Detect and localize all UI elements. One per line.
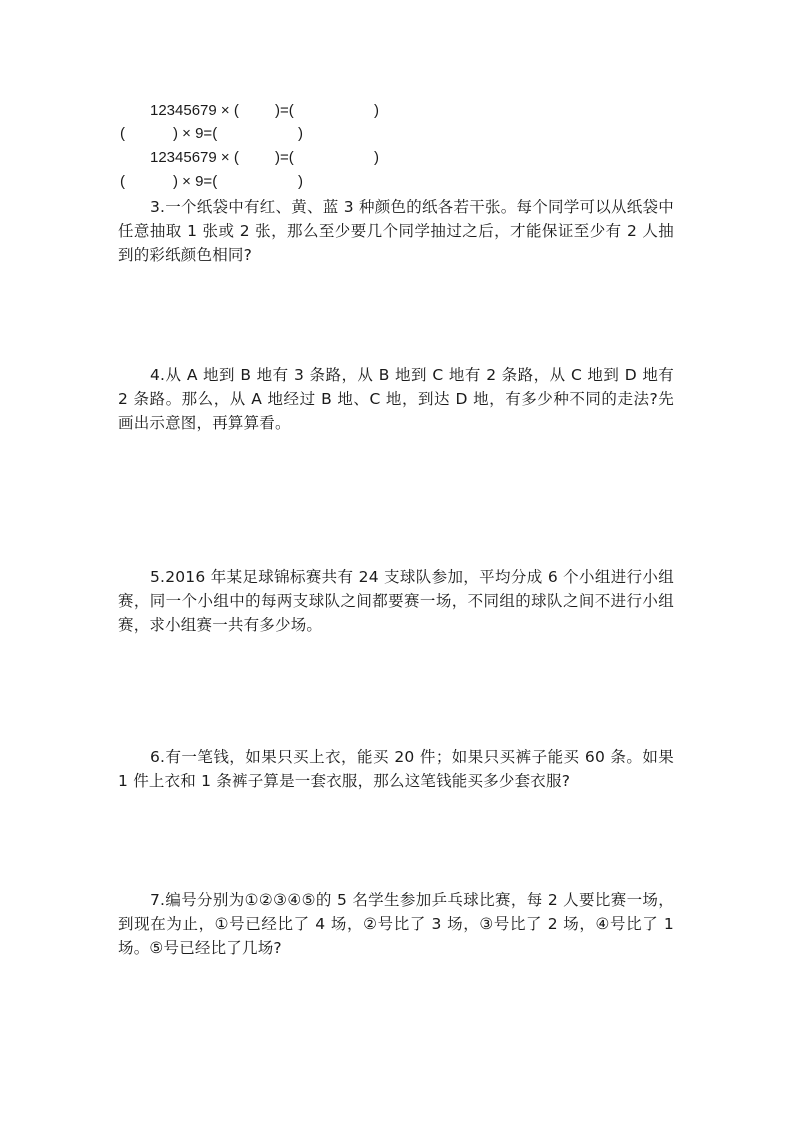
equation-line-4: ( ) × 9=( ) bbox=[0, 172, 793, 192]
equation-2-part-3: ) bbox=[298, 124, 303, 144]
problem-3: 3.一个纸袋中有红、黄、蓝 3 种颜色的纸各若干张。每个同学可以从纸袋中任意抽取… bbox=[118, 195, 674, 267]
equation-4-part-2: ) × 9=( bbox=[173, 172, 217, 192]
equation-1-part-3: ) bbox=[374, 101, 379, 121]
equation-line-2: ( ) × 9=( ) bbox=[0, 124, 793, 144]
problem-4: 4.从 A 地到 B 地有 3 条路，从 B 地到 C 地有 2 条路，从 C … bbox=[118, 363, 674, 435]
equation-2-part-2: ) × 9=( bbox=[173, 124, 217, 144]
problem-6: 6.有一笔钱，如果只买上衣，能买 20 件；如果只买裤子能买 60 条。如果 1… bbox=[118, 745, 674, 793]
equation-4-part-3: ) bbox=[298, 172, 303, 192]
problem-5: 5.2016 年某足球锦标赛共有 24 支球队参加，平均分成 6 个小组进行小组… bbox=[118, 565, 674, 637]
equation-3-part-2: )=( bbox=[275, 148, 294, 168]
equation-line-3: 12345679 × ( )=( ) bbox=[0, 148, 793, 168]
equation-4-part-1: ( bbox=[120, 172, 125, 192]
equation-3-part-1: 12345679 × ( bbox=[150, 148, 239, 168]
equation-2-part-1: ( bbox=[120, 124, 125, 144]
equation-3-part-3: ) bbox=[374, 148, 379, 168]
equation-line-1: 12345679 × ( )=( ) bbox=[0, 101, 793, 121]
equation-1-part-1: 12345679 × ( bbox=[150, 101, 239, 121]
problem-7: 7.编号分别为①②③④⑤的 5 名学生参加乒乓球比赛，每 2 人要比赛一场，到现… bbox=[118, 888, 674, 960]
equation-1-part-2: )=( bbox=[275, 101, 294, 121]
document-page: 12345679 × ( )=( ) ( ) × 9=( ) 12345679 … bbox=[0, 0, 793, 1122]
